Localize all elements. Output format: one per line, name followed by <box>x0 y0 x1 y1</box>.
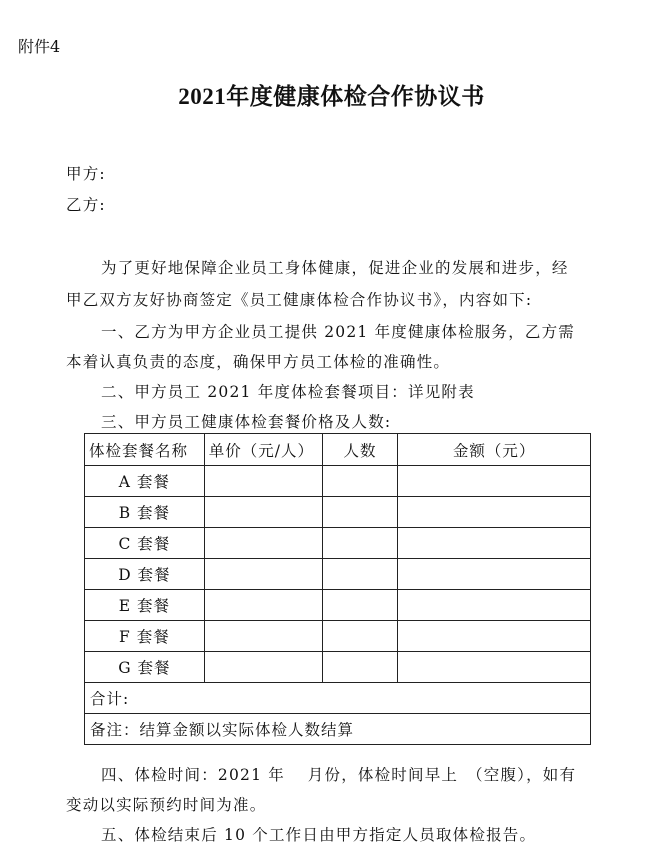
note-text: 备注：结算金额以实际体检人数结算 <box>85 714 591 745</box>
amount-cell[interactable] <box>398 652 591 683</box>
count-cell[interactable] <box>322 497 398 528</box>
amount-cell[interactable] <box>398 466 591 497</box>
note-row: 备注：结算金额以实际体检人数结算 <box>85 714 591 745</box>
clause-2: 二、甲方员工 2021 年度体检套餐项目：详见附表 <box>101 380 475 402</box>
clause-5: 五、体检结束后 10 个工作日由甲方指定人员取体检报告。 <box>101 823 536 845</box>
package-name-cell: B 套餐 <box>85 497 205 528</box>
intro-line-2: 甲乙双方友好协商签定《员工健康体检合作协议书》，内容如下: <box>66 288 532 310</box>
count-cell[interactable] <box>322 528 398 559</box>
table-header-row: 体检套餐名称 单价（元/人） 人数 金额（元） <box>85 434 591 466</box>
table-row: B 套餐 <box>85 497 591 528</box>
unit-price-cell[interactable] <box>204 559 322 590</box>
amount-cell[interactable] <box>398 621 591 652</box>
clause-3: 三、甲方员工健康体检套餐价格及人数: <box>101 410 391 432</box>
table-row: E 套餐 <box>85 590 591 621</box>
total-row: 合计: <box>85 683 591 714</box>
amount-cell[interactable] <box>398 528 591 559</box>
amount-cell[interactable] <box>398 497 591 528</box>
count-cell[interactable] <box>322 621 398 652</box>
package-name-cell: F 套餐 <box>85 621 205 652</box>
clause-4-line-2: 变动以实际预约时间为准。 <box>66 793 266 815</box>
unit-price-cell[interactable] <box>204 466 322 497</box>
count-cell[interactable] <box>322 559 398 590</box>
table-row: G 套餐 <box>85 652 591 683</box>
header-unit-price: 单价（元/人） <box>204 434 322 466</box>
table-row: C 套餐 <box>85 528 591 559</box>
clause-1-line-1: 一、乙方为甲方企业员工提供 2021 年度健康体检服务，乙方需 <box>101 320 575 342</box>
table-row: F 套餐 <box>85 621 591 652</box>
unit-price-cell[interactable] <box>204 528 322 559</box>
package-name-cell: C 套餐 <box>85 528 205 559</box>
unit-price-cell[interactable] <box>204 652 322 683</box>
party-a-label: 甲方: <box>66 162 106 184</box>
unit-price-cell[interactable] <box>204 590 322 621</box>
amount-cell[interactable] <box>398 559 591 590</box>
package-name-cell: G 套餐 <box>85 652 205 683</box>
header-amount: 金额（元） <box>398 434 591 466</box>
count-cell[interactable] <box>322 590 398 621</box>
count-cell[interactable] <box>322 466 398 497</box>
table-row: A 套餐 <box>85 466 591 497</box>
party-b-label: 乙方: <box>66 193 106 215</box>
clause-4-line-1: 四、体检时间：2021 年 月份，体检时间早上 （空腹），如有 <box>101 763 576 785</box>
document-title: 2021年度健康体检合作协议书 <box>0 78 663 111</box>
amount-cell[interactable] <box>398 590 591 621</box>
table-row: D 套餐 <box>85 559 591 590</box>
clause-1-line-2: 本着认真负责的态度，确保甲方员工体检的准确性。 <box>66 350 450 372</box>
header-package-name: 体检套餐名称 <box>85 434 205 466</box>
intro-line-1: 为了更好地保障企业员工身体健康，促进企业的发展和进步，经 <box>101 256 569 278</box>
count-cell[interactable] <box>322 652 398 683</box>
unit-price-cell[interactable] <box>204 497 322 528</box>
total-label: 合计: <box>85 683 591 714</box>
header-count: 人数 <box>322 434 398 466</box>
package-name-cell: E 套餐 <box>85 590 205 621</box>
unit-price-cell[interactable] <box>204 621 322 652</box>
attachment-label: 附件4 <box>18 34 60 57</box>
package-name-cell: D 套餐 <box>85 559 205 590</box>
package-name-cell: A 套餐 <box>85 466 205 497</box>
package-price-table: 体检套餐名称 单价（元/人） 人数 金额（元） A 套餐 B 套餐 C 套餐 D… <box>84 433 591 745</box>
